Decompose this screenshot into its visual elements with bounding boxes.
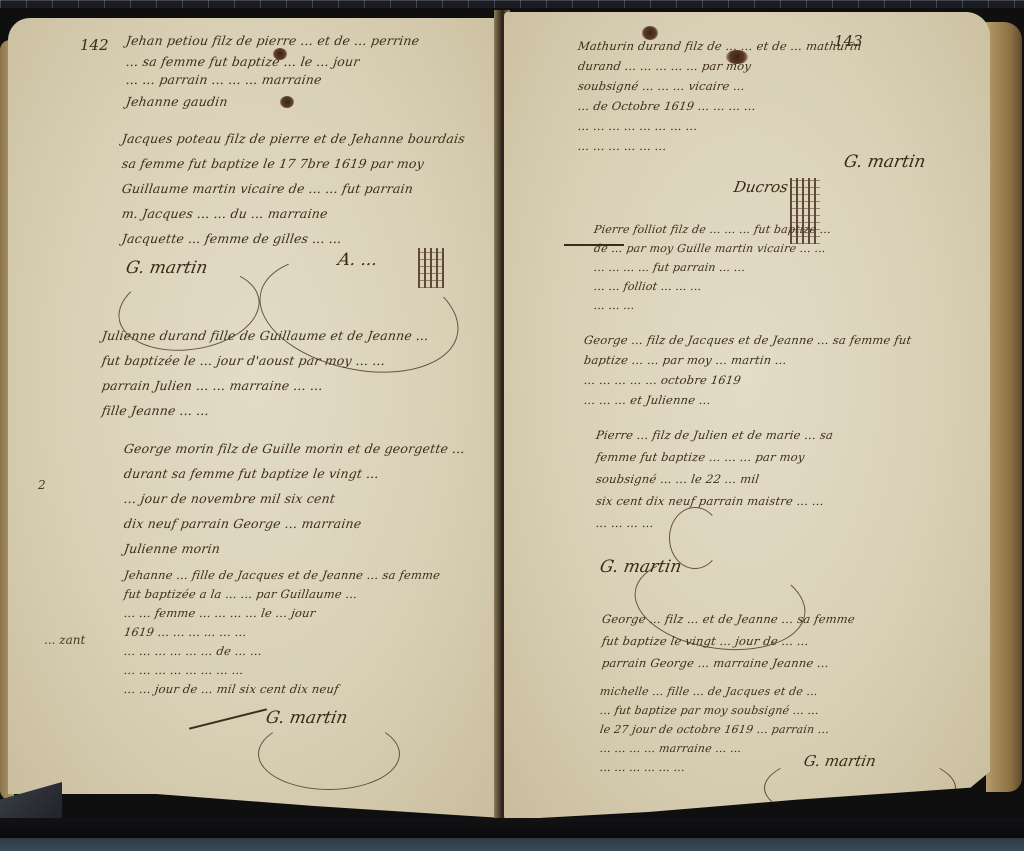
left-page-number: 142 bbox=[80, 36, 109, 54]
margin-note: ... zant bbox=[44, 633, 85, 647]
baptism-entry-3: Julienne durand fille de Guillaume et de… bbox=[102, 323, 429, 423]
baptism-entry-2: Jacques poteau filz de pierre et de Jeha… bbox=[122, 126, 465, 251]
right-page: 143 Mathurin durand filz de ... ... et d… bbox=[504, 12, 990, 820]
pen-stroke bbox=[189, 708, 267, 729]
baptism-entry-6: Mathurin durand filz de ... ... et de ..… bbox=[578, 36, 862, 156]
book-cover-bottom bbox=[0, 818, 1024, 851]
baptism-entry-4: George morin filz de Guille morin et de … bbox=[124, 436, 465, 561]
witness-signature: Ducros bbox=[732, 178, 789, 196]
right-page-edges bbox=[986, 22, 1022, 792]
baptism-entry-1: Jehan petiou filz de pierre ... et de ..… bbox=[126, 28, 419, 114]
vicar-signature: G. martin bbox=[842, 152, 927, 172]
flourish bbox=[258, 718, 400, 790]
baptism-entry-5: Jehanne ... fille de Jacques et de Jeann… bbox=[124, 566, 440, 699]
baptism-entry-8: George ... filz de Jacques et de Jeanne … bbox=[584, 330, 911, 410]
baptism-entry-7: Pierre folliot filz de ... ... ... fut b… bbox=[594, 220, 831, 315]
left-page: 142 Jehan petiou filz de pierre ... et d… bbox=[8, 18, 502, 818]
margin-note: 2 bbox=[38, 478, 46, 492]
